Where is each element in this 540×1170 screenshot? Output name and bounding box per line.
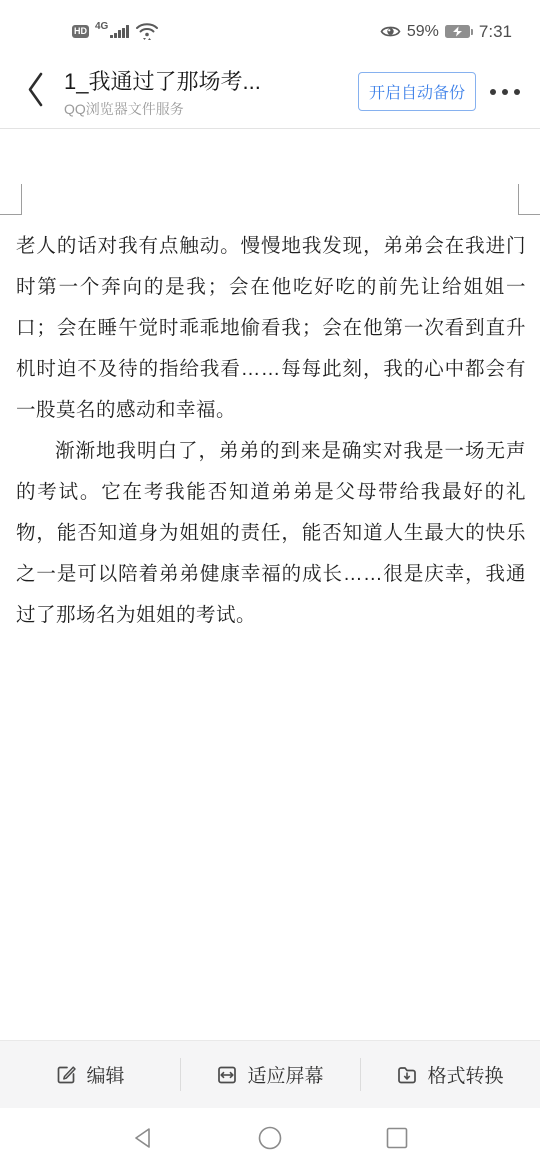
- signal-bars-icon: [110, 25, 129, 38]
- android-nav-bar: [0, 1108, 540, 1170]
- battery-percent-label: 59%: [407, 23, 439, 41]
- network-signal: 4G: [95, 25, 129, 38]
- edit-button[interactable]: 编辑: [0, 1041, 180, 1108]
- fit-width-icon: [216, 1064, 238, 1086]
- header: 1_我通过了那场考... QQ浏览器文件服务 开启自动备份: [0, 55, 540, 129]
- title-block: 1_我通过了那场考... QQ浏览器文件服务: [56, 65, 352, 119]
- hd-icon: HD: [72, 25, 89, 38]
- edit-label: 编辑: [86, 1061, 124, 1088]
- circle-home-icon: [257, 1125, 283, 1154]
- network-type-label: 4G: [95, 21, 108, 32]
- triangle-back-icon: [130, 1125, 156, 1154]
- status-left-group: HD 4G: [72, 22, 159, 41]
- edit-pencil-icon: [55, 1064, 77, 1086]
- paragraph: 渐渐地我明白了，弟弟的到来是确实对我是一场无声的考试。它在考我能否知道弟弟是父母…: [16, 431, 526, 636]
- back-button[interactable]: [26, 71, 56, 113]
- nav-home-button[interactable]: [251, 1119, 289, 1160]
- page-margin-corner-left: [0, 184, 22, 215]
- status-right-group: 59% 7:31: [380, 22, 512, 42]
- clock-label: 7:31: [479, 22, 512, 42]
- more-menu-button[interactable]: [482, 79, 528, 105]
- page-subtitle: QQ浏览器文件服务: [64, 99, 352, 119]
- square-recents-icon: [384, 1125, 410, 1154]
- nav-recents-button[interactable]: [378, 1119, 416, 1160]
- fit-screen-button[interactable]: 适应屏幕: [180, 1041, 360, 1108]
- download-convert-icon: [396, 1064, 418, 1086]
- page-margin-corner-right: [518, 184, 540, 215]
- eye-comfort-icon: [380, 24, 401, 39]
- dot: [514, 89, 520, 95]
- document-text: 老人的话对我有点触动。慢慢地我发现，弟弟会在我进门时第一个奔向的是我；会在他吃好…: [16, 226, 526, 636]
- wifi-icon: [135, 22, 159, 41]
- format-convert-label: 格式转换: [427, 1061, 503, 1088]
- bottom-toolbar: 编辑 适应屏幕 格式转换: [0, 1040, 540, 1108]
- chevron-left-icon: [26, 71, 45, 113]
- page-title: 1_我通过了那场考...: [64, 65, 352, 96]
- dot: [490, 89, 496, 95]
- fit-screen-label: 适应屏幕: [247, 1061, 323, 1088]
- document-view[interactable]: 老人的话对我有点触动。慢慢地我发现，弟弟会在我进门时第一个奔向的是我；会在他吃好…: [0, 129, 540, 1040]
- format-convert-button[interactable]: 格式转换: [360, 1041, 540, 1108]
- nav-back-button[interactable]: [124, 1119, 162, 1160]
- status-bar: HD 4G: [0, 0, 540, 55]
- dot: [502, 89, 508, 95]
- battery-charging-icon: [445, 25, 473, 38]
- auto-backup-button[interactable]: 开启自动备份: [358, 72, 476, 111]
- paragraph: 老人的话对我有点触动。慢慢地我发现，弟弟会在我进门时第一个奔向的是我；会在他吃好…: [16, 226, 526, 431]
- phone-screen: HD 4G: [0, 0, 540, 1170]
